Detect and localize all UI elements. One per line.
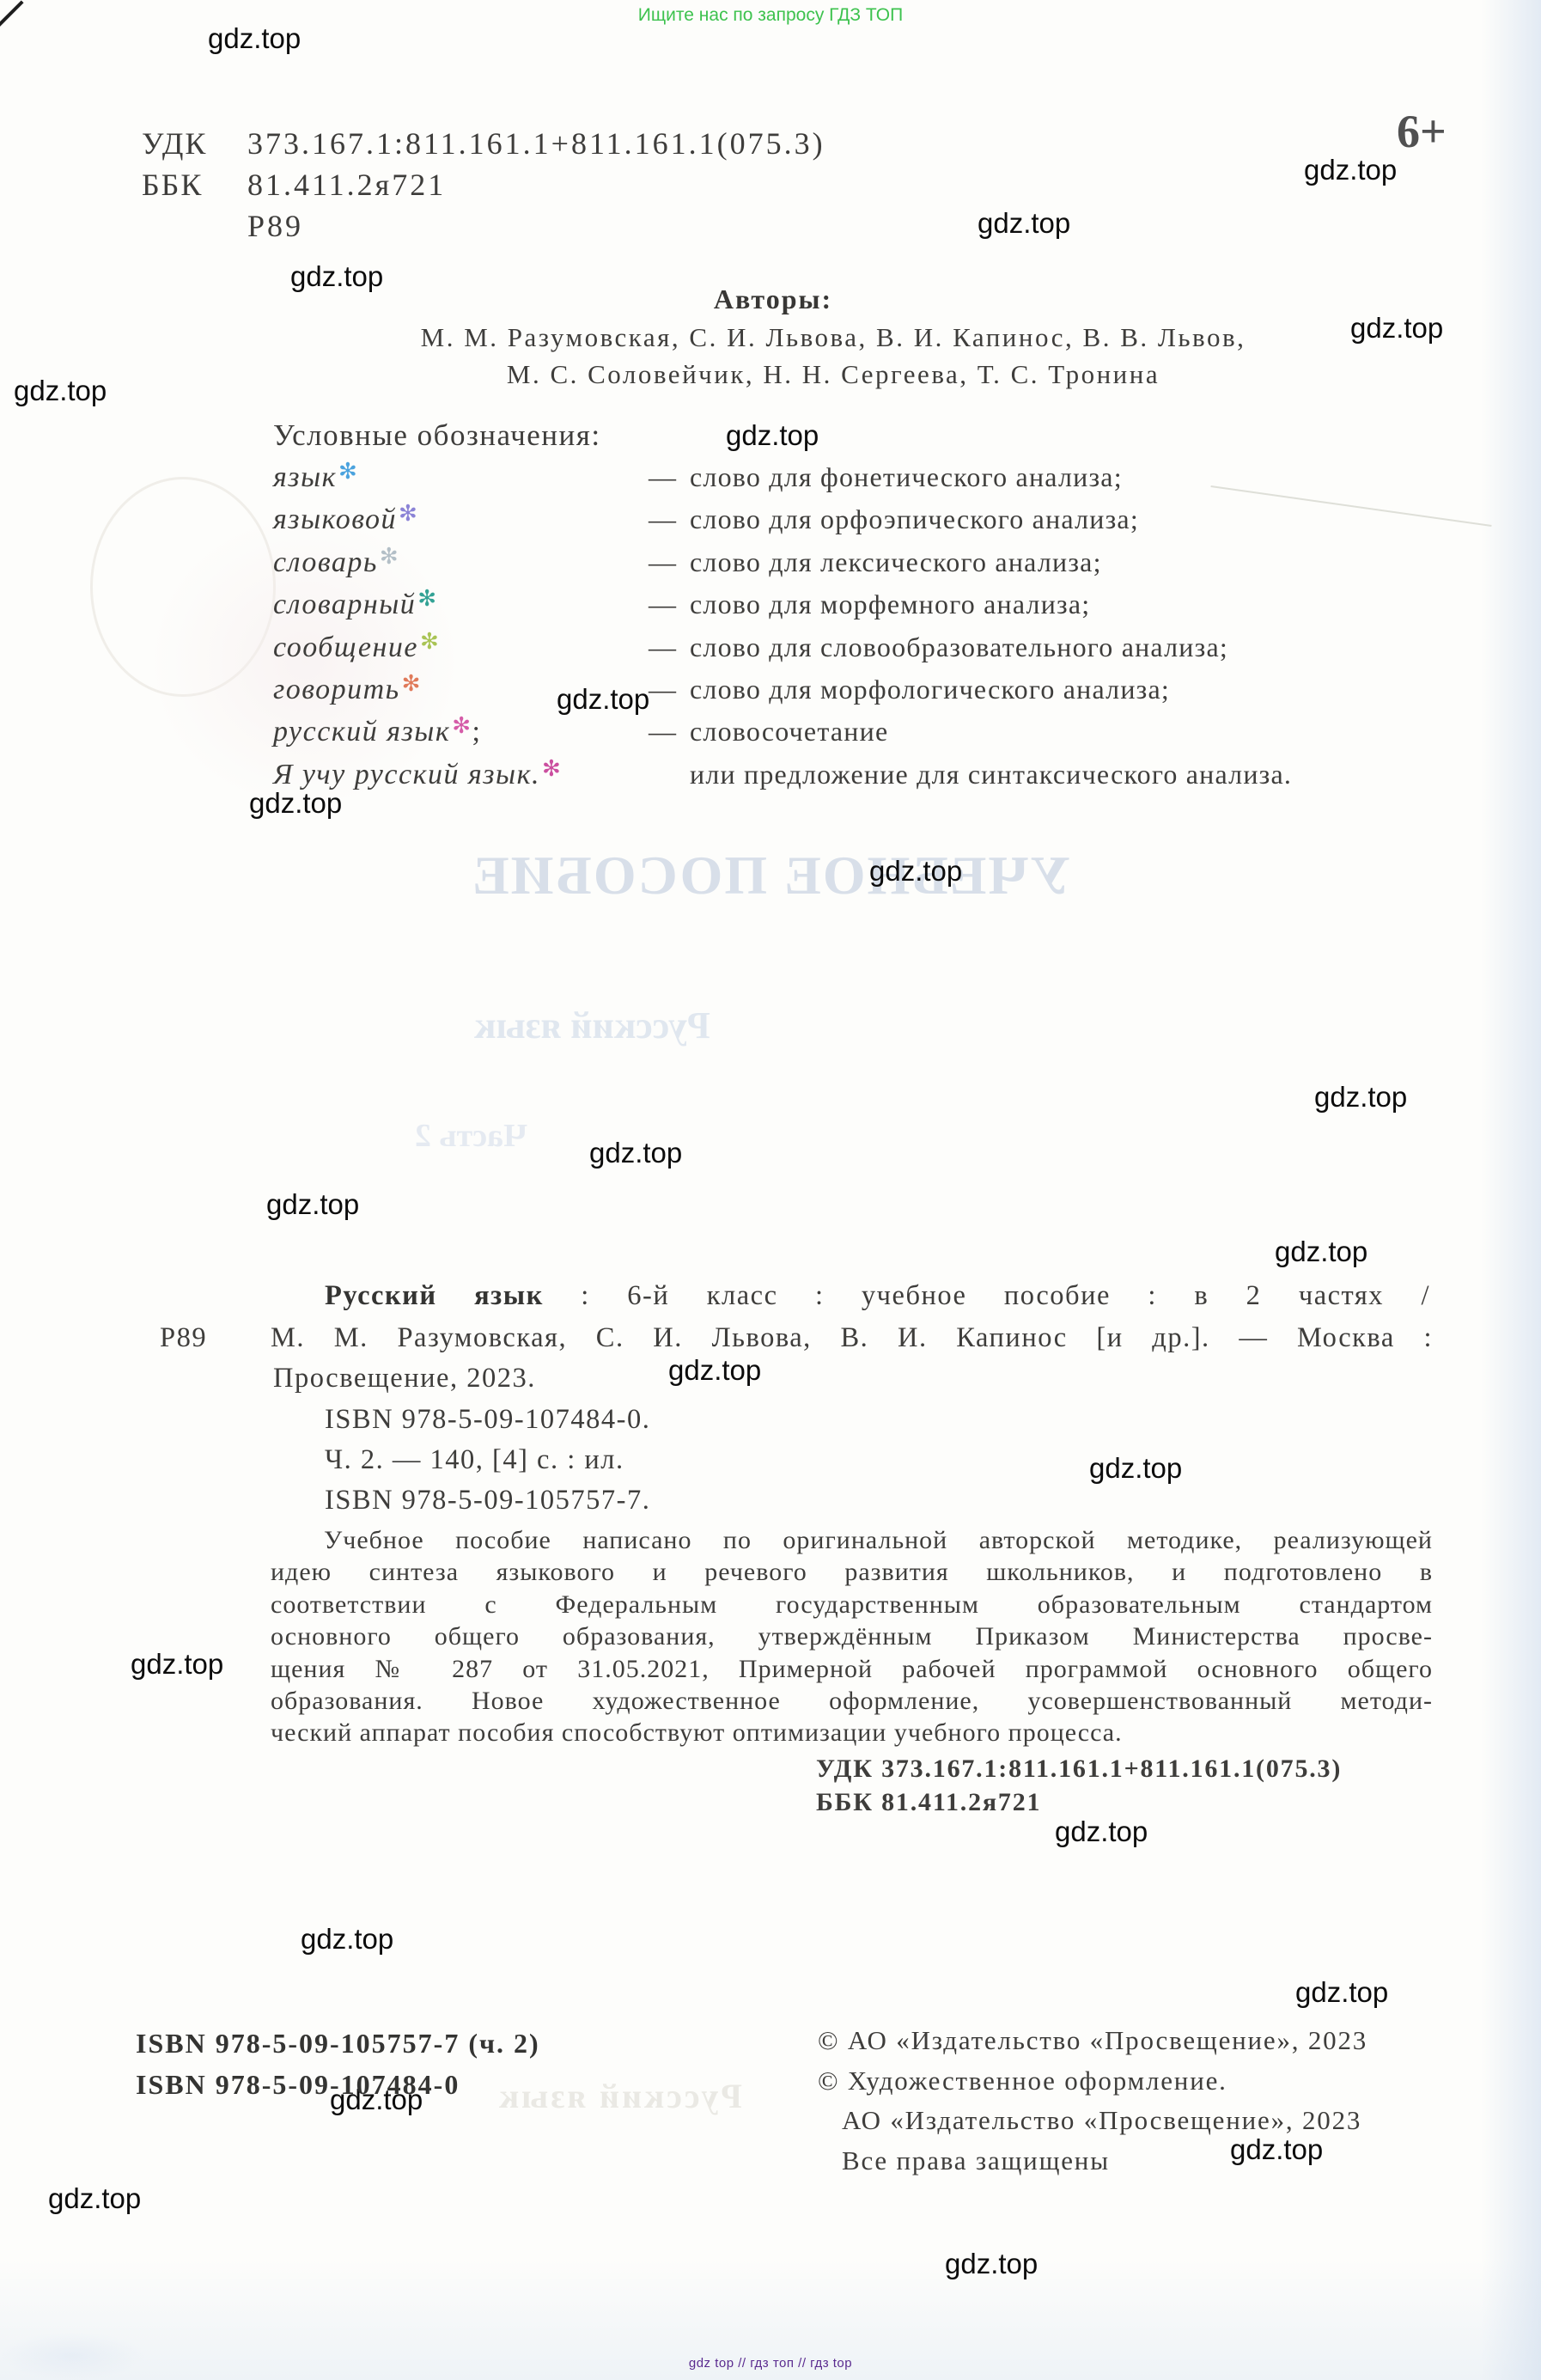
authors-names: М. М. Разумовская, С. И. Львова, В. И. К… bbox=[258, 320, 1409, 393]
legend-heading: Условные обозначения: bbox=[273, 418, 601, 453]
legend-row: словарный✻ — слово для морфемного анализ… bbox=[273, 589, 1450, 631]
annotation-line: Учебное пособие написано по оригинальной… bbox=[271, 1524, 1433, 1556]
authors-line: М. М. Разумовская, С. И. Львова, В. И. К… bbox=[258, 320, 1409, 357]
isbn-part-line: ISBN 978-5-09-105757-7 (ч. 2) bbox=[136, 2023, 540, 2064]
bbk-label: ББК bbox=[142, 167, 247, 203]
udk-row: УДК373.167.1:811.161.1+811.161.1(075.3) bbox=[142, 125, 825, 162]
legend-term: русский язык bbox=[273, 716, 450, 748]
scan-edge-tint-right bbox=[1481, 0, 1541, 2380]
scanned-imprint-page: УЧЕБНОЕ ПОСОБИЕ Русский язык Часть 2 Рус… bbox=[0, 0, 1541, 2380]
gdz-watermark: gdz.top bbox=[1089, 1454, 1182, 1482]
asterisk-icon: ✻ bbox=[452, 713, 472, 738]
imprint-part-line: Ч. 2. — 140, [4] с. : ил. bbox=[325, 1444, 624, 1476]
copyright-block: © АО «Издательство «Просвещение», 2023 ©… bbox=[818, 2021, 1367, 2181]
legend-description: словосочетание bbox=[690, 716, 888, 748]
authors-heading: Авторы: bbox=[198, 284, 1349, 315]
annotation-line: ческий аппарат пособия способствуют опти… bbox=[271, 1717, 1433, 1748]
gdz-watermark: gdz.top bbox=[978, 209, 1070, 237]
asterisk-icon: ✻ bbox=[399, 501, 418, 526]
legend-row: говорить✻ — слово для морфологического а… bbox=[273, 674, 1450, 716]
legend-term: язык bbox=[273, 461, 337, 493]
imprint-isbn1: ISBN 978-5-09-107484-0. bbox=[325, 1404, 650, 1436]
annotation-line: идею синтеза языкового и речевого развит… bbox=[271, 1556, 1433, 1588]
copyright-line: © АО «Издательство «Просвещение», 2023 bbox=[818, 2021, 1367, 2061]
legend-description: слово для орфоэпического анализа; bbox=[690, 503, 1139, 535]
book-title: Русский язык bbox=[325, 1280, 544, 1311]
author-sign: Р89 bbox=[247, 208, 303, 244]
imprint-author-sign: Р89 bbox=[160, 1322, 207, 1354]
imprint-isbn2: ISBN 978-5-09-105757-7. bbox=[325, 1485, 650, 1516]
gdz-watermark: gdz.top bbox=[1304, 156, 1397, 184]
asterisk-icon: ✻ bbox=[417, 586, 437, 611]
gdz-watermark: gdz.top bbox=[48, 2184, 141, 2212]
isbn-block: ISBN 978-5-09-105757-7 (ч. 2) ISBN 978-5… bbox=[136, 2023, 540, 2105]
legend-dash: — bbox=[649, 632, 690, 663]
site-header-note: Ищите нас по запросу ГДЗ ТОП bbox=[638, 5, 903, 26]
legend-description: слово для морфемного анализа; bbox=[690, 589, 1090, 620]
asterisk-icon: ✻ bbox=[542, 756, 562, 781]
legend-dash: — bbox=[649, 503, 690, 535]
udk-label: УДК bbox=[142, 125, 247, 162]
legend-description: слово для морфологического анализа; bbox=[690, 674, 1170, 705]
gdz-watermark: gdz.top bbox=[14, 376, 107, 405]
legend-term: словарный bbox=[273, 589, 416, 620]
gdz-watermark: gdz.top bbox=[131, 1650, 223, 1678]
legend-description: слово для лексического анализа; bbox=[690, 546, 1102, 578]
asterisk-icon: ✻ bbox=[402, 671, 422, 696]
imprint-publisher-line: Просвещение, 2023. bbox=[273, 1363, 536, 1394]
copyright-line: Все права защищены bbox=[818, 2141, 1367, 2182]
gdz-watermark: gdz.top bbox=[726, 421, 819, 449]
gdz-watermark: gdz.top bbox=[1295, 1978, 1388, 2006]
legend-dash: — bbox=[649, 674, 690, 705]
legend-row: русский язык✻; — словосочетание bbox=[273, 716, 1450, 758]
asterisk-icon: ✻ bbox=[420, 629, 440, 654]
site-footer-note: gdz top // гдз топ // гдз top bbox=[689, 2356, 852, 2371]
copyright-line: © Художественное оформление. bbox=[818, 2061, 1367, 2102]
legend-term: языковой bbox=[273, 503, 397, 535]
udk-value: 373.167.1:811.161.1+811.161.1(075.3) bbox=[247, 126, 825, 161]
gdz-watermark: gdz.top bbox=[1275, 1237, 1367, 1266]
legend-description: слово для фонетического анализа; bbox=[690, 461, 1123, 493]
legend-term: Я учу русский язык. bbox=[273, 759, 540, 790]
legend-term: словарь bbox=[273, 546, 378, 578]
copyright-line: АО «Издательство «Просвещение», 2023 bbox=[818, 2101, 1367, 2141]
legend-row: языковой✻ — слово для орфоэпического ана… bbox=[273, 503, 1450, 546]
asterisk-icon: ✻ bbox=[380, 544, 399, 569]
show-through-text: УЧЕБНОЕ ПОСОБИЕ bbox=[471, 844, 1070, 907]
gdz-watermark: gdz.top bbox=[301, 1925, 393, 1953]
asterisk-icon: ✻ bbox=[338, 459, 358, 484]
bbk-value: 81.411.2я721 bbox=[247, 168, 446, 202]
legend-list: язык✻ — слово для фонетического анализа;… bbox=[273, 461, 1450, 801]
udk-bottom-line: УДК 373.167.1:811.161.1+811.161.1(075.3) bbox=[816, 1754, 1342, 1784]
legend-term: сообщение bbox=[273, 632, 418, 663]
legend-dash: — bbox=[649, 546, 690, 578]
imprint-title-line: Русский язык : 6-й класс : учебное пособ… bbox=[325, 1280, 1430, 1312]
bbk-row: ББК81.411.2я721 bbox=[142, 167, 446, 203]
show-through-text: Часть 2 bbox=[415, 1117, 527, 1155]
annotation-line: образования. Новое художественное оформл… bbox=[271, 1685, 1433, 1717]
gdz-watermark: gdz.top bbox=[208, 24, 301, 52]
legend-dash: — bbox=[649, 461, 690, 493]
legend-description: или предложение для синтаксического анал… bbox=[690, 759, 1292, 790]
isbn-full-line: ISBN 978-5-09-107484-0 bbox=[136, 2064, 540, 2105]
page-corner-mark bbox=[0, 0, 24, 27]
age-badge: 6+ bbox=[1397, 105, 1447, 158]
scan-corner-tint bbox=[0, 2139, 361, 2380]
show-through-text: Русский язык bbox=[474, 1004, 710, 1047]
legend-row: сообщение✻ — слово для словообразователь… bbox=[273, 632, 1450, 674]
authors-line: М. С. Соловейчик, Н. Н. Сергеева, Т. С. … bbox=[258, 357, 1409, 394]
bbk-bottom-line: ББК 81.411.2я721 bbox=[816, 1788, 1041, 1817]
legend-dash: — bbox=[649, 716, 690, 748]
imprint-authors-line: М. М. Разумовская, С. И. Львова, В. И. К… bbox=[271, 1322, 1433, 1354]
gdz-watermark: gdz.top bbox=[1055, 1817, 1148, 1846]
gdz-watermark: gdz.top bbox=[266, 1190, 359, 1218]
legend-term: говорить bbox=[273, 674, 400, 705]
annotation-line: основного общего образования, утверждённ… bbox=[271, 1620, 1433, 1652]
gdz-watermark: gdz.top bbox=[945, 2249, 1038, 2278]
gdz-watermark: gdz.top bbox=[589, 1138, 682, 1167]
annotation-line: щения № 287 от 31.05.2021, Примерной раб… bbox=[271, 1653, 1433, 1685]
annotation: Учебное пособие написано по оригинальной… bbox=[271, 1524, 1433, 1749]
gdz-watermark: gdz.top bbox=[869, 857, 962, 885]
legend-row: Я учу русский язык.✻ или предложение для… bbox=[273, 759, 1450, 801]
legend-row: словарь✻ — слово для лексического анализ… bbox=[273, 546, 1450, 589]
legend-dash: — bbox=[649, 589, 690, 620]
gdz-watermark: gdz.top bbox=[668, 1356, 761, 1384]
gdz-watermark: gdz.top bbox=[1314, 1083, 1407, 1111]
legend-description: слово для словообразовательного анализа; bbox=[690, 632, 1228, 663]
annotation-line: соответствии с Федеральным государственн… bbox=[271, 1589, 1433, 1620]
legend-row: язык✻ — слово для фонетического анализа; bbox=[273, 461, 1450, 503]
